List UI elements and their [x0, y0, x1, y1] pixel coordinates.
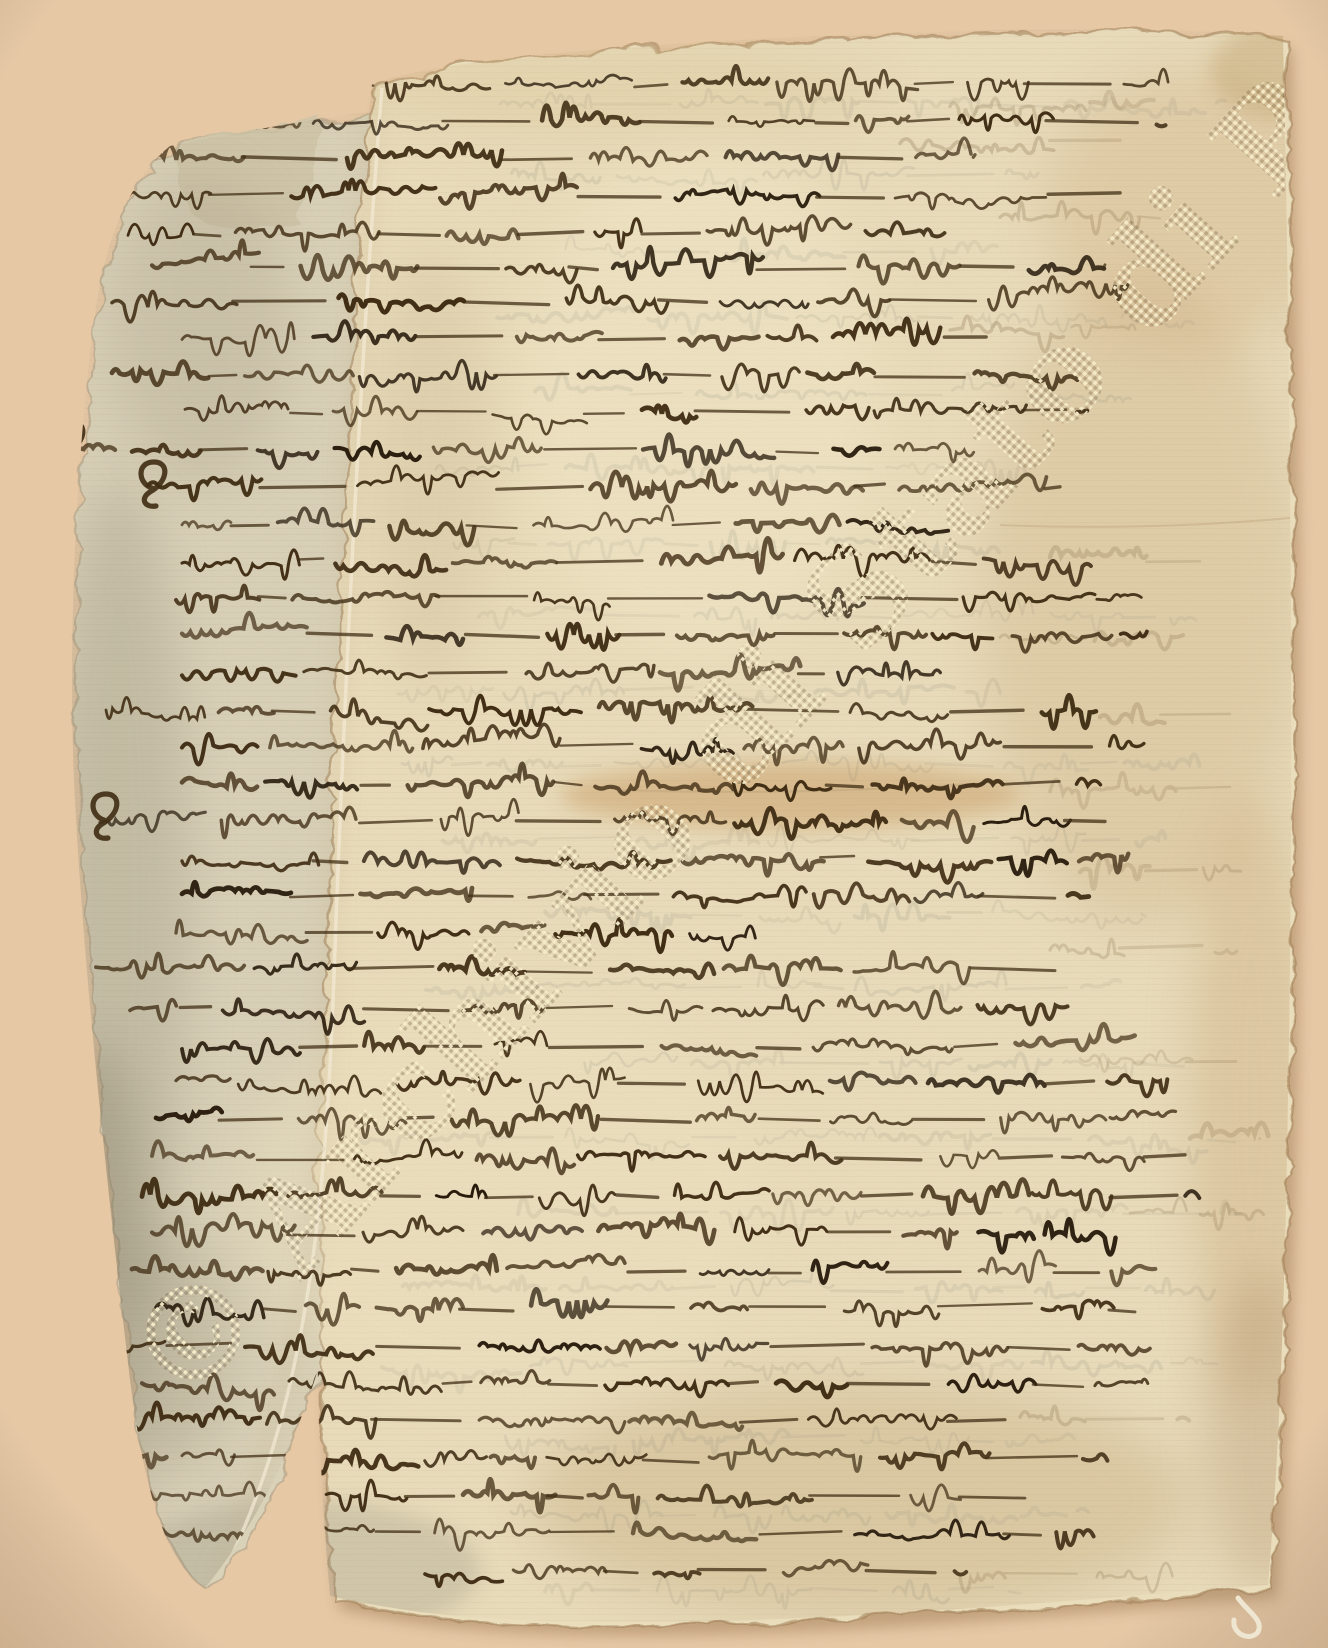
- manuscript-scan-svg: © Archivio di Stato di Prato: [0, 0, 1328, 1648]
- manuscript-scan-page: © Archivio di Stato di Prato: [0, 0, 1328, 1648]
